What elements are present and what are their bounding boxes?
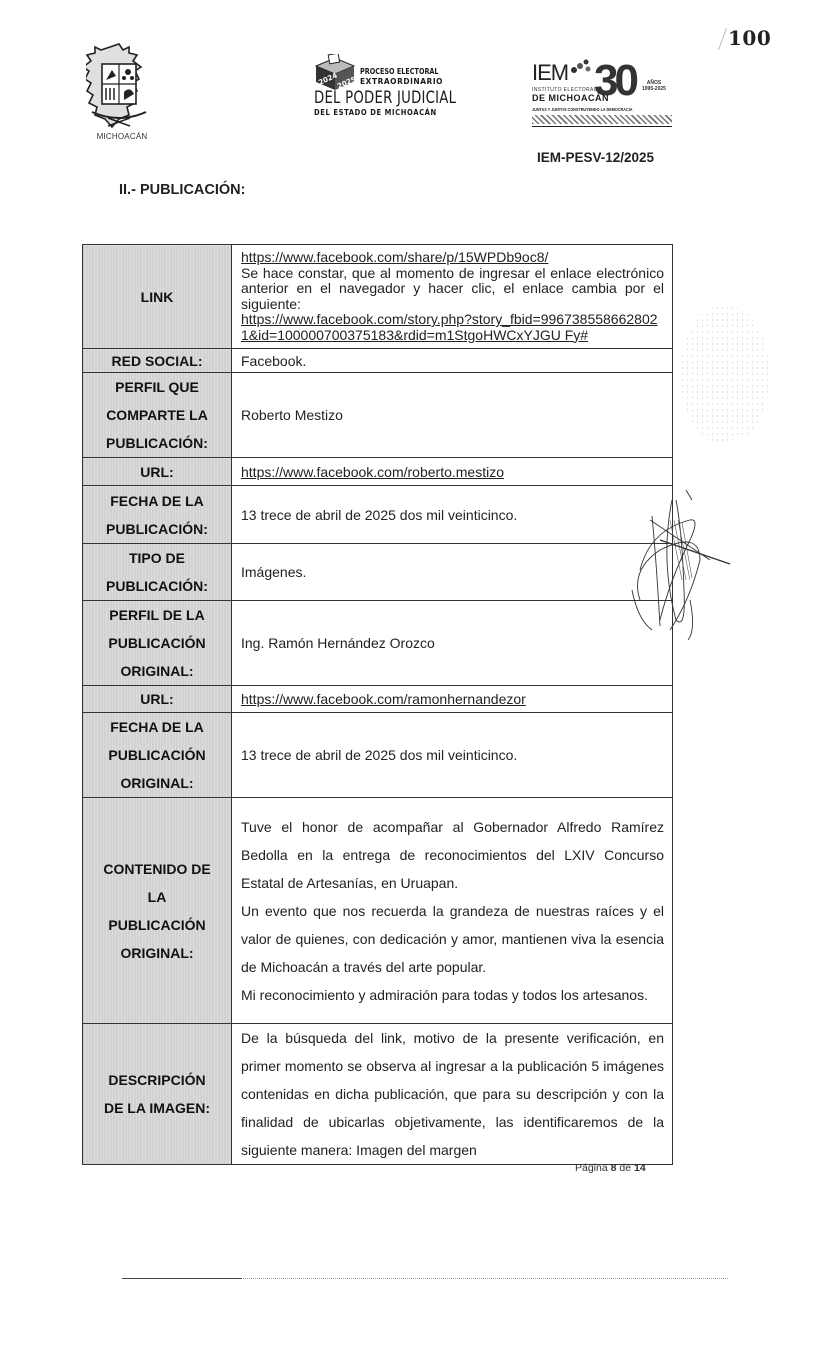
row-value: De la búsqueda del link, motivo de la pr… [232,1024,673,1165]
label-line: PERFIL DE LA [83,601,231,629]
table-row-contenido: CONTENIDO DE LA PUBLICACIÓN ORIGINAL: Tu… [83,798,673,1024]
proceso-line2: EXTRAORDINARIO [360,76,443,86]
table-row-fecha-original: FECHA DE LA PUBLICACIÓN ORIGINAL: 13 tre… [83,713,673,798]
row-value: Roberto Mestizo [232,373,673,458]
row-label: PERFIL DE LA PUBLICACIÓN ORIGINAL: [83,601,232,686]
row-label: LINK [83,245,232,349]
proceso-line3: DEL PODER JUDICIAL [314,88,456,108]
michoacan-coat-of-arms-icon: MICHOACÁN [86,40,152,144]
page-sep: de [619,1162,631,1174]
row-value: https://www.facebook.com/share/p/15WPDb9… [232,245,673,349]
label-line: FECHA DE LA [83,713,231,741]
anios-years: 1995-2025 [642,86,666,92]
table-row-fecha: FECHA DE LA PUBLICACIÓN: 13 trece de abr… [83,486,673,544]
row-label: CONTENIDO DE LA PUBLICACIÓN ORIGINAL: [83,798,232,1024]
table-row-tipo: TIPO DE PUBLICACIÓN: Imágenes. [83,544,673,601]
label-line: PUBLICACIÓN: [83,515,231,543]
iem-acronym: IEM [532,60,568,86]
label-line: RED SOCIAL: [83,350,231,372]
table-row-link: LINK https://www.facebook.com/share/p/15… [83,245,673,349]
row-value: 13 trece de abril de 2025 dos mil veinti… [232,713,673,798]
original-url-link[interactable]: https://www.facebook.com/ramonhernandezo… [241,691,526,707]
proceso-line4: DEL ESTADO DE MICHOACÁN [314,108,437,117]
row-value: Ing. Ramón Hernández Orozco [232,601,673,686]
iem-pattern-band [532,115,672,124]
iem-ornament-icon [570,58,592,76]
row-value: Facebook. [232,349,673,373]
publication-table: LINK https://www.facebook.com/share/p/15… [82,244,673,1165]
row-value: https://www.facebook.com/roberto.mestizo [232,458,673,486]
coat-label: MICHOACÁN [86,132,158,141]
label-line: PUBLICACIÓN [83,741,231,769]
proceso-line1: PROCESO ELECTORAL [360,66,439,76]
row-value: Imágenes. [232,544,673,601]
label-line: PUBLICACIÓN [83,629,231,657]
content-paragraph: Tuve el honor de acompañar al Gobernador… [241,813,664,897]
label-line: URL: [83,460,231,484]
ballot-box-icon: 2024 2025 [314,54,356,90]
label-line: CONTENIDO DE [83,855,231,883]
table-row-url-comparte: URL: https://www.facebook.com/roberto.me… [83,458,673,486]
row-label: FECHA DE LA PUBLICACIÓN ORIGINAL: [83,713,232,798]
label-line: PUBLICACIÓN [83,911,231,939]
label-line: ORIGINAL: [83,769,231,797]
page-prefix: Página [575,1162,608,1174]
row-label: URL: [83,458,232,486]
label-line: DESCRIPCIÓN [83,1066,231,1094]
document-id: IEM-PESV-12/2025 [537,150,654,165]
label-line: PERFIL QUE [83,373,231,401]
row-label: TIPO DE PUBLICACIÓN: [83,544,232,601]
row-value: https://www.facebook.com/ramonhernandezo… [232,686,673,713]
label-line: COMPARTE LA [83,401,231,429]
table-row-url-original: URL: https://www.facebook.com/ramonherna… [83,686,673,713]
link-final[interactable]: https://www.facebook.com/story.php?story… [241,312,664,343]
label-line: ORIGINAL: [83,657,231,685]
link-note: Se hace constar, que al momento de ingre… [241,266,664,313]
row-label: PERFIL QUE COMPARTE LA PUBLICACIÓN: [83,373,232,458]
label-line: TIPO DE [83,544,231,572]
label-line: LINK [83,283,231,311]
page-indicator: Página 8 de 14 [575,1162,646,1174]
page-stamp-number: 100 [728,26,771,50]
row-value: Tuve el honor de acompañar al Gobernador… [232,798,673,1024]
table-row-descripcion: DESCRIPCIÓN DE LA IMAGEN: De la búsqueda… [83,1024,673,1165]
iem-anniversary-label: AÑOS 1995-2025 [642,80,666,92]
content-paragraph: Un evento que nos recuerda la grandeza d… [241,897,664,981]
label-line: URL: [83,687,231,711]
iem-pattern-rule [532,126,672,127]
proceso-electoral-logo: 2024 2025 PROCESO ELECTORAL EXTRAORDINAR… [314,52,474,128]
row-label: URL: [83,686,232,713]
row-value: 13 trece de abril de 2025 dos mil veinti… [232,486,673,544]
label-line: PUBLICACIÓN: [83,429,231,457]
iem-line2: DE MICHOACÁN [532,93,609,103]
section-title: II.- PUBLICACIÓN: [119,182,245,198]
table-row-perfil-original: PERFIL DE LA PUBLICACIÓN ORIGINAL: Ing. … [83,601,673,686]
page-current: 8 [611,1162,617,1174]
label-line: ORIGINAL: [83,939,231,967]
row-label: RED SOCIAL: [83,349,232,373]
label-line: LA [83,883,231,911]
scan-edge-line-solid [122,1278,242,1279]
row-label: DESCRIPCIÓN DE LA IMAGEN: [83,1024,232,1165]
content-paragraph: Mi reconocimiento y admiración para toda… [241,981,664,1009]
iem-slogan: JUNTAS Y JUNTOS CONSTRUYENDO LA DEMOCRAC… [532,107,632,112]
table-row-perfil-comparte: PERFIL QUE COMPARTE LA PUBLICACIÓN: Robe… [83,373,673,458]
profile-url-link[interactable]: https://www.facebook.com/roberto.mestizo [241,464,504,480]
stamp-residue [680,305,770,445]
row-label: FECHA DE LA PUBLICACIÓN: [83,486,232,544]
link-initial[interactable]: https://www.facebook.com/share/p/15WPDb9… [241,250,664,266]
label-line: DE LA IMAGEN: [83,1094,231,1122]
label-line: PUBLICACIÓN: [83,572,231,600]
table-row-red-social: RED SOCIAL: Facebook. [83,349,673,373]
iem-logo: IEM 30 AÑOS 1995-2025 INSTITUTO ELECTORA… [530,60,675,136]
page-total: 14 [634,1162,646,1174]
handwritten-signature-icon [630,480,740,650]
label-line: FECHA DE LA [83,487,231,515]
